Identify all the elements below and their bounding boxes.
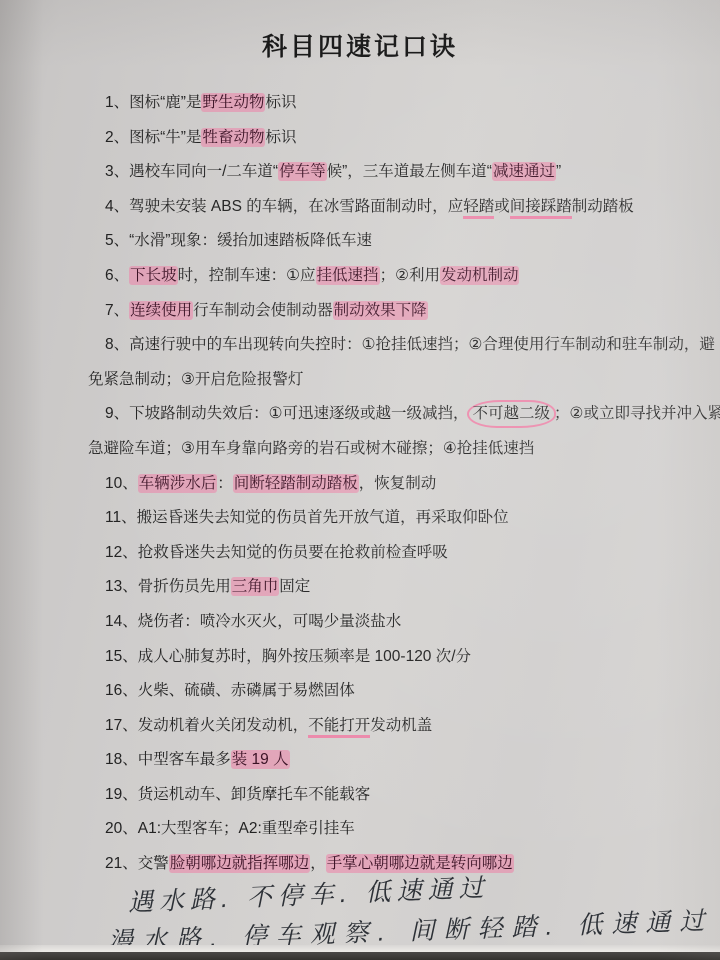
text: 17、发动机着火关闭发动机， — [105, 717, 308, 734]
list-item: 17、发动机着火关闭发动机，不能打开发动机盖 — [88, 709, 702, 744]
list-item: 9、下坡路制动失效后：①可迅速逐级或越一级减挡，不可越二级；②或立即寻找并冲入紧… — [88, 397, 702, 466]
highlighted-text: 野生动物 — [201, 93, 265, 112]
text: 7、 — [105, 302, 129, 319]
text: 标识 — [265, 129, 296, 146]
text: 12、抢救昏迷失去知觉的伤员要在抢救前检查呼吸 — [105, 544, 448, 561]
highlighted-text: 减速通过 — [492, 162, 556, 181]
list-item: 15、成人心肺复苏时，胸外按压频率是 100-120 次/分 — [88, 640, 702, 675]
list-item: 6、下长坡时，控制车速：①应挂低速挡；②利用发动机制动 — [88, 259, 702, 294]
underlined-text: 轻踏 — [463, 198, 494, 216]
highlighted-text: 连续使用 — [129, 301, 193, 320]
list-item: 11、搬运昏迷失去知觉的伤员首先开放气道，再采取仰卧位 — [88, 501, 702, 536]
highlighted-text: 牲畜动物 — [201, 128, 265, 147]
text: 15、成人心肺复苏时，胸外按压频率是 100-120 次/分 — [105, 648, 471, 665]
text: 1、图标“鹿”是 — [105, 94, 201, 111]
list-item: 2、图标“牛”是牲畜动物标识 — [88, 121, 702, 156]
underlined-text: 不能打开 — [308, 717, 370, 735]
list-item: 1、图标“鹿”是野生动物标识 — [88, 86, 702, 121]
text: 固定 — [279, 578, 310, 595]
text: 制动踏板 — [572, 198, 634, 215]
text: ” — [556, 163, 561, 180]
text: 11、搬运昏迷失去知觉的伤员首先开放气道，再采取仰卧位 — [105, 509, 509, 526]
list-item: 14、烧伤者：喷冷水灭火，可喝少量淡盐水 — [88, 605, 702, 640]
highlighted-text: 停车等 — [278, 162, 327, 181]
list-item: 18、中型客车最多装 19 人 — [88, 743, 702, 778]
text: 或 — [494, 198, 510, 215]
text: 9、下坡路制动失效后：①可迅速逐级或越一级减挡， — [105, 405, 469, 422]
text: 14、烧伤者：喷冷水灭火，可喝少量淡盐水 — [105, 613, 401, 630]
text: 6、 — [105, 267, 129, 284]
list-item: 5、“水滑”现象：缓抬加速踏板降低车速 — [88, 224, 702, 259]
text: 发动机盖 — [370, 717, 432, 734]
text: ；②或立即寻找并冲入紧 — [554, 405, 720, 422]
text: ， — [310, 855, 326, 872]
highlighted-text: 发动机制动 — [440, 266, 520, 285]
list-item: 10、车辆涉水后：间断轻踏制动踏板，恢复制动 — [88, 467, 702, 502]
list-item: 16、火柴、硫磺、赤磷属于易燃固体 — [88, 674, 702, 709]
document-photo: 科目四速记口诀 1、图标“鹿”是野生动物标识2、图标“牛”是牲畜动物标识3、遇校… — [0, 0, 720, 960]
highlighted-text: 装 19 人 — [231, 750, 290, 769]
underlined-text: 间接踩踏 — [510, 198, 572, 216]
handwritten-notes: 遇水路. 不停车. 低速通过 漫水路. 停车观察. 间断轻踏. 低速通过 — [0, 886, 720, 960]
text: 10、 — [105, 475, 138, 492]
text: 标识 — [265, 94, 296, 111]
text: 20、A1:大型客车；A2:重型牵引挂车 — [105, 820, 355, 837]
text: 18、中型客车最多 — [105, 751, 231, 768]
text: ： — [217, 475, 233, 492]
highlighted-text: 车辆涉水后 — [138, 474, 218, 493]
highlighted-text: 间断轻踏制动踏板 — [233, 474, 359, 493]
text: 4、驾驶未安装 ABS 的车辆，在冰雪路面制动时，应 — [105, 198, 463, 215]
text: 8、高速行驶中的车出现转向失控时：①抢挂低速挡；②合理使用行车制动和驻车制动，避 — [105, 336, 715, 353]
list-item: 4、驾驶未安装 ABS 的车辆，在冰雪路面制动时，应轻踏或间接踩踏制动踏板 — [88, 190, 702, 225]
list-item: 7、连续使用行车制动会使制动器制动效果下降 — [88, 294, 702, 329]
highlighted-text: 三角巾 — [231, 577, 280, 596]
list-item: 20、A1:大型客车；A2:重型牵引挂车 — [88, 812, 702, 847]
text: 免紧急制动；③开启危险报警灯 — [88, 371, 303, 388]
text: 16、火柴、硫磺、赤磷属于易燃固体 — [105, 682, 355, 699]
page-title: 科目四速记口诀 — [0, 0, 720, 64]
circled-text: 不可越二级 — [467, 400, 557, 428]
text: 5、“水滑”现象：缓抬加速踏板降低车速 — [105, 232, 372, 249]
list-item: 3、遇校车同向一/二车道“停车等候”，三车道最左侧车道“减速通过” — [88, 155, 702, 190]
text: 2、图标“牛”是 — [105, 129, 201, 146]
text: 19、货运机动车、卸货摩托车不能载客 — [105, 786, 370, 803]
text: 3、遇校车同向一/二车道“ — [105, 163, 278, 180]
text: 急避险车道；③用车身靠向路旁的岩石或树木碰擦；④抢挂低速挡 — [88, 440, 534, 457]
text: 行车制动会使制动器 — [193, 302, 333, 319]
highlighted-text: 脸朝哪边就指挥哪边 — [169, 854, 311, 873]
list-item: 13、骨折伤员先用三角巾固定 — [88, 570, 702, 605]
highlighted-text: 下长坡 — [129, 266, 178, 285]
list-item: 12、抢救昏迷失去知觉的伤员要在抢救前检查呼吸 — [88, 536, 702, 571]
text: ，恢复制动 — [359, 475, 437, 492]
text: ；②利用 — [380, 267, 440, 284]
notes-list: 1、图标“鹿”是野生动物标识2、图标“牛”是牲畜动物标识3、遇校车同向一/二车道… — [0, 64, 720, 882]
list-item: 19、货运机动车、卸货摩托车不能载客 — [88, 778, 702, 813]
list-item: 8、高速行驶中的车出现转向失控时：①抢挂低速挡；②合理使用行车制动和驻车制动，避… — [88, 328, 702, 397]
text: 21、交警 — [105, 855, 169, 872]
highlighted-text: 挂低速挡 — [316, 266, 380, 285]
text: 候”，三车道最左侧车道“ — [327, 163, 492, 180]
text: 时，控制车速：①应 — [178, 267, 316, 284]
highlighted-text: 制动效果下降 — [333, 301, 428, 320]
text: 13、骨折伤员先用 — [105, 578, 231, 595]
